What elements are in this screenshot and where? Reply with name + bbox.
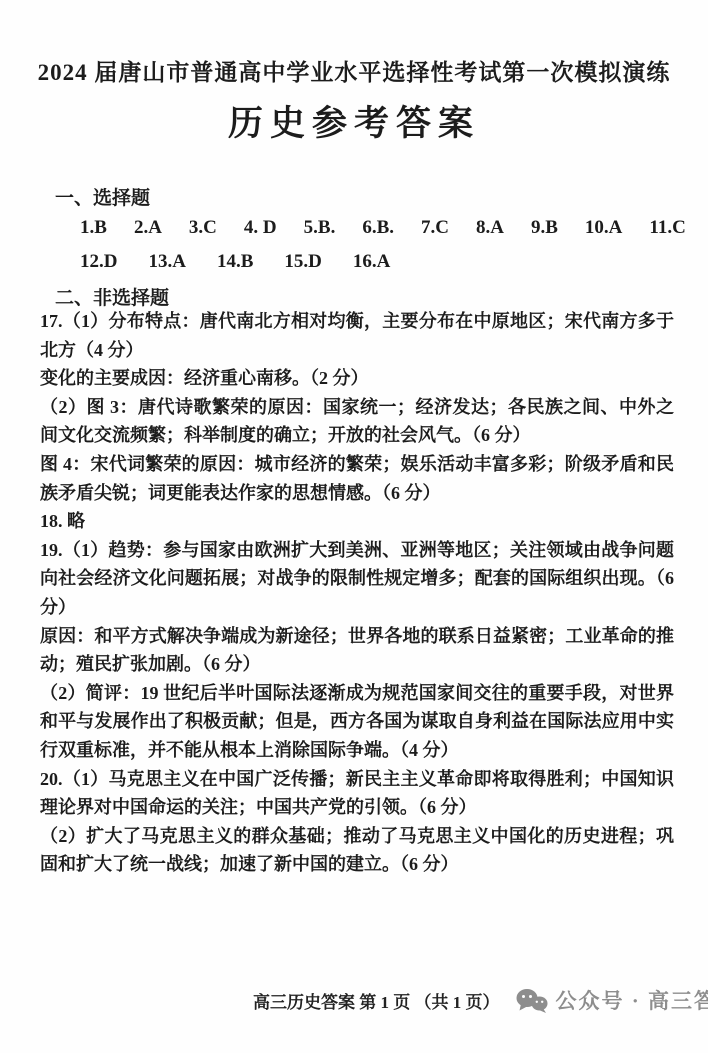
choice-answer-16: 16.A [353, 251, 390, 273]
answer-paragraph-17-1: 17.（1）分布特点：唐代南北方相对均衡，主要分布在中原地区；宋代南方多于北方（… [40, 307, 674, 364]
answer-paragraph-19-1-cause: 原因：和平方式解决争端成为新途径；世界各地的联系日益紧密；工业革命的推动；殖民扩… [40, 622, 674, 679]
answer-paragraph-19-2: （2）简评：19 世纪后半叶国际法逐渐成为规范国家间交往的重要手段，对世界和平与… [40, 679, 674, 765]
subject-title: 历史参考答案 [0, 96, 708, 146]
choice-answer-9: 9.B [531, 217, 558, 239]
choice-section-heading: 一、选择题 [55, 183, 150, 210]
choice-answer-2: 2.A [134, 217, 162, 239]
choice-answers-row-1: 1.B 2.A 3.C 4. D 5.B. 6.B. 7.C 8.A 9.B 1… [80, 217, 686, 239]
choice-answers-row-2: 12.D 13.A 14.B 15.D 16.A [80, 251, 390, 273]
answer-paragraph-17-1-cause: 变化的主要成因：经济重心南移。（2 分） [40, 364, 674, 393]
choice-answer-8: 8.A [476, 217, 504, 239]
choice-answer-14: 14.B [217, 251, 253, 273]
choice-answer-4: 4. D [244, 217, 277, 239]
choice-answer-15: 15.D [284, 251, 321, 273]
wechat-account-label: 公众号 · 高三答案 [556, 985, 708, 1015]
choice-answer-3: 3.C [189, 217, 217, 239]
wechat-watermark: 公众号 · 高三答案 [516, 985, 708, 1015]
answer-paragraph-20-2: （2）扩大了马克思主义的群众基础；推动了马克思主义中国化的历史进程；巩固和扩大了… [40, 822, 674, 879]
choice-answer-13: 13.A [148, 251, 185, 273]
answer-paragraph-17-2-fig4: 图 4：宋代词繁荣的原因：城市经济的繁荣；娱乐活动丰富多彩；阶级矛盾和民族矛盾尖… [40, 450, 674, 507]
choice-answer-11: 11.C [649, 217, 685, 239]
choice-answer-1: 1.B [80, 217, 107, 239]
answer-paragraph-18: 18. 略 [40, 507, 674, 536]
answer-paragraph-19-1-trend: 19.（1）趋势：参与国家由欧洲扩大到美洲、亚洲等地区；关注领域由战争问题向社会… [40, 536, 674, 622]
choice-answer-6: 6.B. [362, 217, 394, 239]
essay-section-heading: 二、非选择题 [55, 283, 169, 310]
exam-title: 2024 届唐山市普通高中学业水平选择性考试第一次模拟演练 [0, 54, 708, 87]
footer-page-label: 高三历史答案 第 1 页 （共 1 页） [253, 988, 500, 1013]
answer-paragraph-20-1: 20.（1）马克思主义在中国广泛传播；新民主主义革命即将取得胜利；中国知识理论界… [40, 765, 674, 822]
page-footer: 高三历史答案 第 1 页 （共 1 页） 公众号 · 高三答案 [253, 985, 708, 1015]
choice-answer-10: 10.A [585, 217, 622, 239]
choice-answer-5: 5.B. [304, 217, 336, 239]
wechat-icon [516, 988, 548, 1013]
answer-paragraph-17-2-fig3: （2）图 3：唐代诗歌繁荣的原因：国家统一；经济发达；各民族之间、中外之间文化交… [40, 393, 674, 450]
choice-answer-7: 7.C [421, 217, 449, 239]
choice-answer-12: 12.D [80, 251, 117, 273]
answer-sheet-page: 2024 届唐山市普通高中学业水平选择性考试第一次模拟演练 历史参考答案 一、选… [0, 0, 708, 1053]
essay-answers-block: 17.（1）分布特点：唐代南北方相对均衡，主要分布在中原地区；宋代南方多于北方（… [40, 307, 674, 879]
